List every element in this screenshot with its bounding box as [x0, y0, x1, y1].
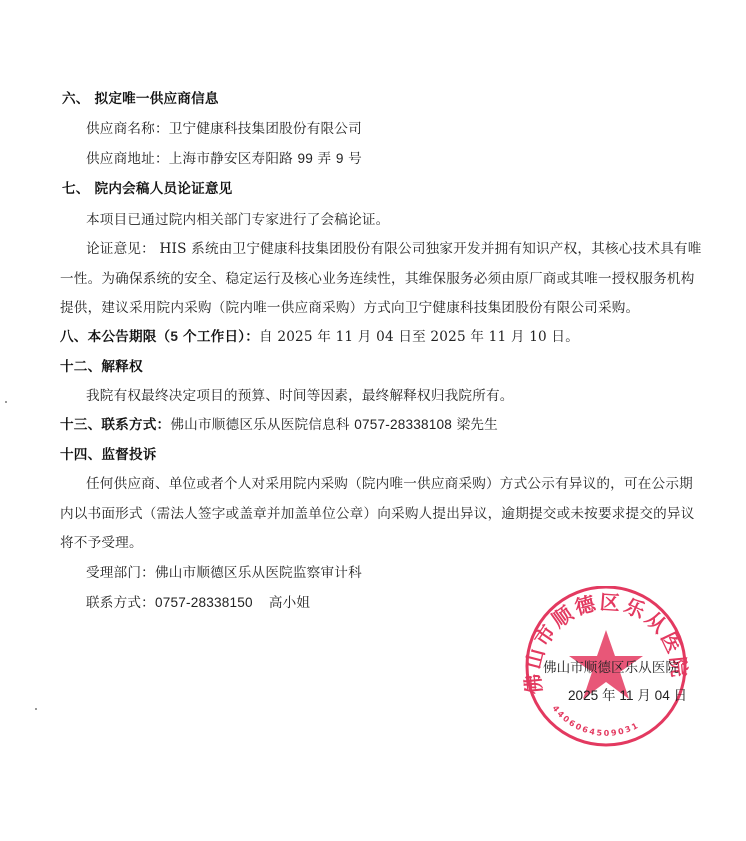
supplier-address-row: 供应商地址：上海市静安区寿阳路 99 弄 9 号: [86, 150, 362, 168]
signature-org: 佛山市顺德区乐从医院: [543, 656, 679, 676]
address-number: 9: [336, 151, 344, 166]
review-paragraph: 本项目已通过院内相关部门专家进行了会稿论证。: [86, 211, 389, 229]
complaint-contact-label: 联系方式：: [86, 595, 155, 611]
supplier-name-label: 供应商名称：: [86, 121, 169, 137]
working-days-count: 5: [170, 329, 178, 344]
scan-speck: [35, 708, 37, 710]
supplier-name-row: 供应商名称：卫宁健康科技集团股份有限公司: [86, 120, 362, 138]
announcement-period: 自 2025 年 11 月 04 日至 2025 年 11 月 10 日。: [259, 329, 579, 345]
section-eight-heading-tail: 个工作日）：: [178, 329, 259, 345]
supplier-address-label: 供应商地址：: [86, 151, 169, 167]
seal-ring-text: 佛山市顺德区乐从医院: [522, 590, 690, 696]
signature-date: 2025 年 11 月 04 日: [568, 684, 687, 704]
section-seven-heading: 七、 院内会稿人员论证意见: [62, 180, 232, 198]
complaint-contact-phone: 0757-28338150: [155, 595, 253, 610]
address-text: 号: [344, 151, 362, 167]
contact-phone: 0757-28338108: [354, 417, 452, 432]
interpretation-text: 我院有权最终决定项目的预算、时间等因素，最终解释权归我院所有。: [86, 387, 514, 405]
svg-text:佛山市顺德区乐从医院: 佛山市顺德区乐从医院: [522, 590, 690, 696]
seal-serial: 4406064509031: [551, 704, 641, 738]
document-page: 六、 拟定唯一供应商信息 供应商名称：卫宁健康科技集团股份有限公司 供应商地址：…: [0, 0, 746, 841]
opinion-line-1: 论证意见： HIS 系统由卫宁健康科技集团股份有限公司独家开发并拥有知识产权，其…: [86, 240, 702, 258]
section-twelve-heading: 十二、解释权: [60, 358, 143, 376]
section-eight-heading: 八、本公告期限（: [60, 329, 170, 345]
address-text: 弄: [313, 151, 336, 167]
complaint-line-2: 内以书面形式（需法人签字或盖章并加盖单位公章）向采购人提出异议，逾期提交或未按要…: [60, 505, 695, 523]
supplier-name: 卫宁健康科技集团股份有限公司: [169, 121, 362, 137]
contact-dept: 佛山市顺德区乐从医院信息科: [170, 417, 354, 433]
section-six-heading: 六、 拟定唯一供应商信息: [62, 90, 219, 108]
section-fourteen-heading: 十四、监督投诉: [60, 446, 157, 464]
contact-person: 梁先生: [452, 417, 498, 433]
complaint-line-3: 将不予受理。: [60, 534, 143, 552]
complaint-dept-label: 受理部门：: [86, 565, 155, 581]
complaint-dept-row: 受理部门：佛山市顺德区乐从医院监察审计科: [86, 564, 362, 582]
section-thirteen-heading: 十三、联系方式：: [60, 417, 170, 433]
address-number: 99: [297, 151, 313, 166]
complaint-line-1: 任何供应商、单位或者个人对采用院内采购（院内唯一供应商采购）方式公示有异议的，可…: [86, 475, 693, 493]
opinion-line-3: 提供，建议采用院内采购（院内唯一供应商采购）方式向卫宁健康科技集团股份有限公司采…: [60, 299, 639, 317]
complaint-dept: 佛山市顺德区乐从医院监察审计科: [155, 565, 362, 581]
complaint-contact-row: 联系方式：0757-28338150高小姐: [86, 594, 310, 612]
supplier-address-text: 上海市静安区寿阳路: [169, 151, 298, 167]
section-eight-row: 八、本公告期限（5 个工作日）：自 2025 年 11 月 04 日至 2025…: [60, 328, 579, 346]
svg-text:4406064509031: 4406064509031: [551, 704, 641, 738]
opinion-line-2: 一性。为确保系统的安全、稳定运行及核心业务连续性，其维保服务必须由原厂商或其唯一…: [60, 270, 695, 288]
section-thirteen-row: 十三、联系方式：佛山市顺德区乐从医院信息科 0757-28338108 梁先生: [60, 416, 498, 434]
scan-speck: [5, 401, 7, 403]
complaint-contact-person: 高小姐: [269, 595, 310, 611]
